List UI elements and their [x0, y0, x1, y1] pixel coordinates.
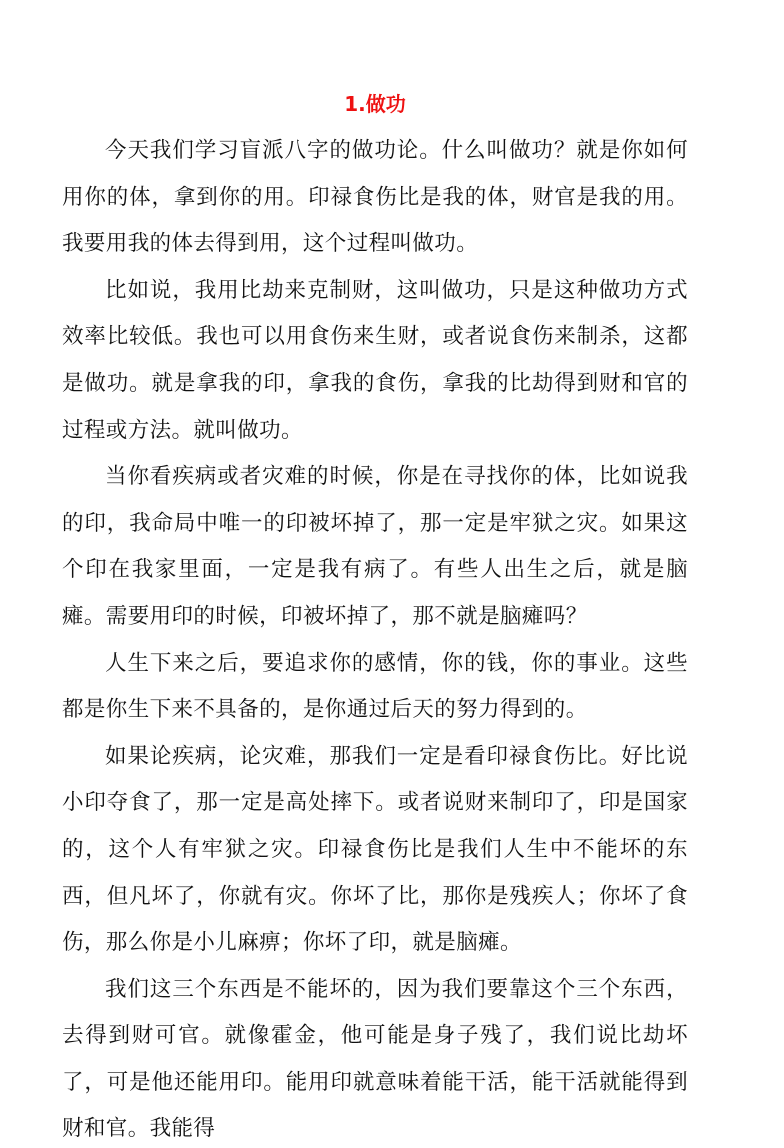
- section-title: 1.做功: [62, 86, 688, 122]
- document-page: 1.做功 今天我们学习盲派八字的做功论。什么叫做功？就是你如何用你的体，拿到你的…: [62, 86, 688, 1148]
- paragraph-4: 人生下来之后，要追求你的感情，你的钱，你的事业。这些都是你生下来不具备的，是你通…: [62, 641, 688, 734]
- paragraph-6: 我们这三个东西是不能坏的，因为我们要靠这个三个东西，去得到财可官。就像霍金，他可…: [62, 967, 688, 1148]
- paragraph-1: 今天我们学习盲派八字的做功论。什么叫做功？就是你如何用你的体，拿到你的用。印禄食…: [62, 128, 688, 268]
- paragraph-5: 如果论疾病，论灾难，那我们一定是看印禄食伤比。好比说小印夺食了，那一定是高处摔下…: [62, 734, 688, 967]
- paragraph-2: 比如说，我用比劫来克制财，这叫做功，只是这种做功方式效率比较低。我也可以用食伤来…: [62, 268, 688, 454]
- paragraph-3: 当你看疾病或者灾难的时候，你是在寻找你的体，比如说我的印，我命局中唯一的印被坏掉…: [62, 454, 688, 640]
